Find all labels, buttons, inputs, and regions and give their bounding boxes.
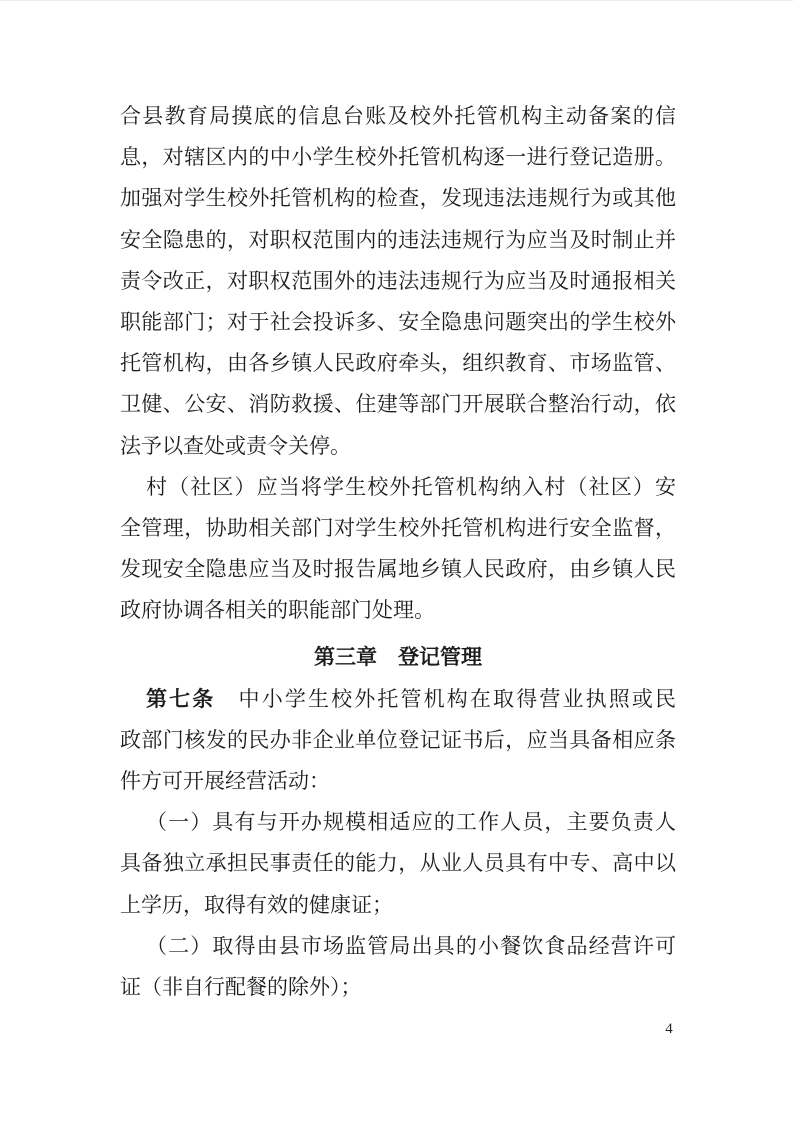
text-run: 证（非自行配餐的除外）；	[120, 975, 362, 999]
page-number: 4	[657, 1018, 681, 1040]
text-run: 村（社区）应当将学生校外托管机构纳入村（社区）安	[146, 475, 676, 499]
text-line: 息，对辖区内的中小学生校外托管机构逐一进行登记造册。	[120, 137, 676, 178]
text-run: 上学历，取得有效的健康证；	[120, 893, 393, 917]
text-run: （一）具有与开办规模相适应的工作人员，主要负责人	[146, 810, 676, 834]
section-heading: 第三章 登记管理	[120, 637, 676, 678]
text-run: 第三章 登记管理	[314, 645, 482, 669]
text-line: （二）取得由县市场监管局出具的小餐饮食品经营许可	[120, 926, 676, 967]
text-run: 安全隐患的，对职权范围内的违法违规行为应当及时制止并	[120, 228, 676, 252]
text-run: 政府协调各相关的职能部门处理。	[120, 598, 435, 622]
text-line: 职能部门；对于社会投诉多、安全隐患问题突出的学生校外	[120, 302, 676, 343]
text-run: 具备独立承担民事责任的能力，从业人员具有中专、高中以	[120, 851, 676, 875]
text-line: 发现安全隐患应当及时报告属地乡镇人民政府，由乡镇人民	[120, 549, 676, 590]
text-run: 件方可开展经营活动：	[120, 769, 330, 793]
text-run: 第七条	[146, 687, 215, 711]
text-run: 法予以查处或责令关停。	[120, 434, 351, 458]
document-page: 合县教育局摸底的信息台账及校外托管机构主动备案的信息，对辖区内的中小学生校外托管…	[0, 0, 793, 1122]
text-run: 政部门核发的民办非企业单位登记证书后，应当具备相应条	[120, 728, 676, 752]
text-run: 托管机构，由各乡镇人民政府牵头，组织教育、市场监管、	[120, 351, 676, 375]
text-run: 全管理，协助相关部门对学生校外托管机构进行安全监督，	[120, 516, 676, 540]
text-line: 加强对学生校外托管机构的检查，发现违法违规行为或其他	[120, 178, 676, 219]
text-line: 合县教育局摸底的信息台账及校外托管机构主动备案的信	[120, 96, 676, 137]
text-run: 责令改正，对职权范围外的违法违规行为应当及时通报相关	[120, 269, 676, 293]
document-body: 合县教育局摸底的信息台账及校外托管机构主动备案的信息，对辖区内的中小学生校外托管…	[120, 96, 676, 1008]
text-line: 托管机构，由各乡镇人民政府牵头，组织教育、市场监管、	[120, 343, 676, 384]
text-run: （二）取得由县市场监管局出具的小餐饮食品经营许可	[146, 934, 676, 958]
text-line: 第七条 中小学生校外托管机构在取得营业执照或民	[120, 679, 676, 720]
text-line: 件方可开展经营活动：	[120, 761, 676, 802]
text-line: 上学历，取得有效的健康证；	[120, 885, 676, 926]
text-line: 政府协调各相关的职能部门处理。	[120, 590, 676, 631]
text-run: 发现安全隐患应当及时报告属地乡镇人民政府，由乡镇人民	[120, 557, 676, 581]
text-run: 中小学生校外托管机构在取得营业执照或民	[215, 687, 676, 711]
text-line: 政部门核发的民办非企业单位登记证书后，应当具备相应条	[120, 720, 676, 761]
text-line: 责令改正，对职权范围外的违法违规行为应当及时通报相关	[120, 261, 676, 302]
text-line: 证（非自行配餐的除外）；	[120, 967, 676, 1008]
text-line: 村（社区）应当将学生校外托管机构纳入村（社区）安	[120, 467, 676, 508]
text-run: 职能部门；对于社会投诉多、安全隐患问题突出的学生校外	[120, 310, 676, 334]
text-line: 安全隐患的，对职权范围内的违法违规行为应当及时制止并	[120, 220, 676, 261]
text-line: 法予以查处或责令关停。	[120, 426, 676, 467]
text-run: 合县教育局摸底的信息台账及校外托管机构主动备案的信	[120, 104, 676, 128]
text-run: 息，对辖区内的中小学生校外托管机构逐一进行登记造册。	[120, 145, 676, 169]
text-run: 加强对学生校外托管机构的检查，发现违法违规行为或其他	[120, 186, 676, 210]
text-line: （一）具有与开办规模相适应的工作人员，主要负责人	[120, 802, 676, 843]
text-run: 卫健、公安、消防救援、住建等部门开展联合整治行动，依	[120, 392, 676, 416]
text-line: 卫健、公安、消防救援、住建等部门开展联合整治行动，依	[120, 384, 676, 425]
text-line: 具备独立承担民事责任的能力，从业人员具有中专、高中以	[120, 843, 676, 884]
text-line: 全管理，协助相关部门对学生校外托管机构进行安全监督，	[120, 508, 676, 549]
page-top-edge	[0, 0, 793, 1]
